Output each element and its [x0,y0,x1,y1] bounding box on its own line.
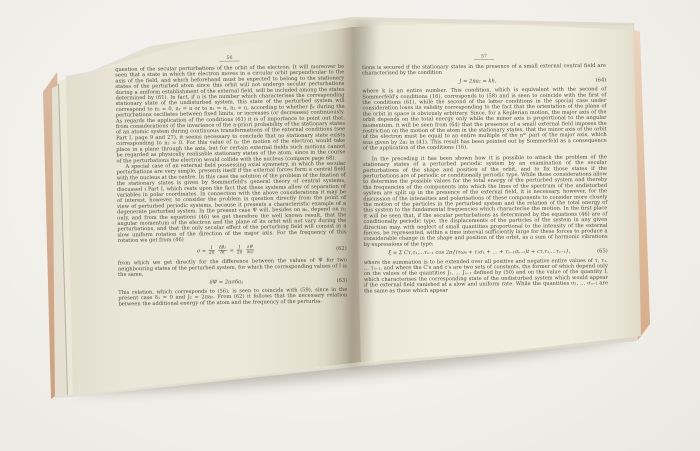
equation-number: (62) [334,246,347,252]
fraction: 12π [209,245,215,255]
equation-term: = [202,248,206,254]
page-number-label: 57 [474,53,494,60]
equation-number: (65) [595,248,608,254]
fraction: δβ₂δt [218,245,227,255]
equation-65: ξ = Σ Cτ,τ₁,…τᵤ₋₁ cos 2π{(τω₀ + τ₁σ₁ + …… [364,248,608,256]
paragraph: In the preceding it has been shown how i… [363,154,608,247]
paragraph: where k is an entire number. This condit… [362,86,607,151]
page-number-label: 56 [219,55,239,62]
fraction-denominator: 2π [209,251,215,256]
left-page-text: 56 question of the secular perturbations… [115,54,347,307]
equation-number: (63) [335,278,348,284]
fraction-denominator: 2π [237,250,243,255]
equation-63: δΨ = 2πσδa₂ (63) [118,278,347,287]
equation-term: σ [197,248,201,254]
equation-body: ξ = Σ Cτ,τ₁,…τᵤ₋₁ cos 2π{(τω₀ + τ₁σ₁ + …… [364,249,595,257]
fraction: ∂Ψ∂a₂ [246,245,254,255]
fraction-denominator: ∂a₂ [246,250,254,255]
paragraph: A special case of an external field poss… [116,161,346,244]
fraction-denominator: δt [218,251,227,256]
photo-background: 56 question of the secular perturbations… [0,0,700,451]
fraction: 12π [237,245,243,255]
paragraph: where the summation is to be extended ov… [364,258,608,294]
equation-term: = [230,247,234,253]
right-page-number: 57 [362,53,606,60]
equation-body: J = 2πa₂ = kh, [362,77,593,85]
paragraph: tions is secured if the stationary state… [362,63,606,77]
equation-64: J = 2πa₂ = kh, (64) [362,77,606,85]
paragraph: from which we get directly for the diffe… [118,257,347,277]
equation-62: σ = 12π δβ₂δt = 12π ∂Ψ∂a₂ (62) [118,244,347,258]
equation-body: σ = 12π δβ₂δt = 12π ∂Ψ∂a₂ [118,244,335,257]
paragraph: This relation, which corresponds to (56)… [118,287,347,307]
equation-body: δΨ = 2πσδa₂ [118,278,334,287]
paragraph: question of the secular perturbations of… [115,64,345,164]
equation-number: (64) [594,77,607,83]
right-page-text: 57 tions is secured if the stationary st… [362,53,608,294]
